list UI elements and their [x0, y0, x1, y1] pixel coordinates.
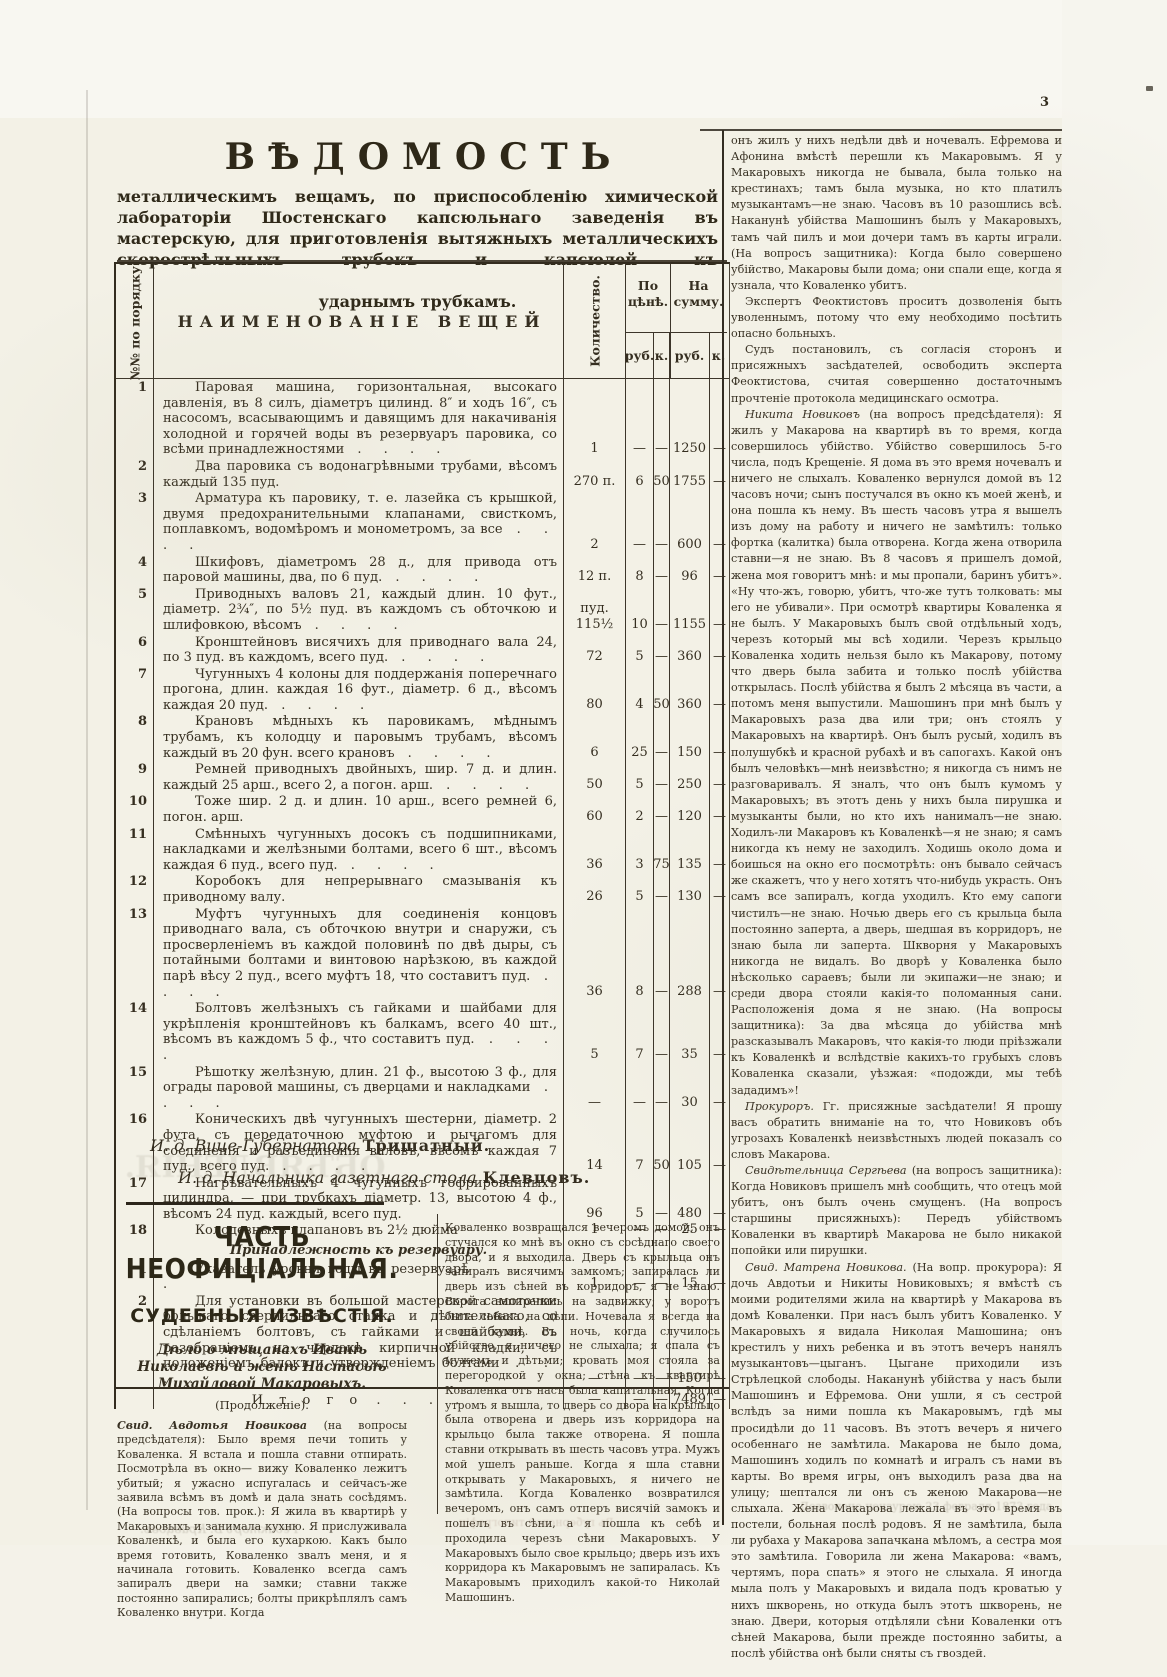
testimony-paragraph: онъ жилъ у нихъ недѣли двѣ и ночевалъ. Е…	[731, 133, 1062, 294]
testimony-paragraph: Судъ постановилъ, съ согласія сторонъ и …	[731, 342, 1062, 406]
sum-kop-cell: —	[710, 1111, 729, 1174]
leader-dots: . . . .	[268, 698, 373, 713]
sum-kop-cell: —	[710, 873, 729, 905]
table-row: 10Тоже шир. 2 д. и длин. 10 арш., всего …	[116, 793, 729, 825]
column-header-number: №№ по порядку.	[116, 264, 154, 378]
sum-kop-cell: —	[710, 1000, 729, 1063]
item-description: Рѣшотку желѣзную, длин. 21 ф., высотою 3…	[163, 1065, 557, 1096]
page-number: 3	[1040, 95, 1049, 110]
row-number-cell: 3	[116, 490, 154, 553]
quantity-cell: 5	[564, 1000, 626, 1063]
signature-name: Клевцовъ.	[483, 1168, 591, 1187]
table-row: 7Чугунныхъ 4 колоны для поддержанія попе…	[116, 666, 729, 714]
testimony-text: (на вопросы предсѣдателя): Было время пе…	[117, 1419, 407, 1619]
testimony-column-2: Коваленко возвращался вечеромъ домой, он…	[445, 1221, 720, 1606]
price-kop-cell: 75	[654, 826, 670, 874]
witness-name: Прокуроръ.	[745, 1100, 823, 1113]
unofficial-part-column: ЧАСТЬ НЕОФИЦІАЛЬНАЯ. СУДЕБНЫЯ ИЗВѢСТІЯ. …	[117, 1220, 407, 1621]
leader-dots: . . . .	[433, 778, 538, 793]
item-description: Тоже шир. 2 д. и длин. 10 арш., всего ре…	[163, 794, 557, 825]
money-subheader: руб.к.руб.к.	[626, 332, 727, 378]
sum-rub-cell: 1755	[670, 458, 710, 490]
sum-rub-cell: 30	[670, 1064, 710, 1112]
sum-kop-cell: —	[710, 906, 729, 1001]
leader-dots: . . . .	[344, 442, 449, 457]
scan-top-margin	[0, 0, 1167, 118]
price-rub-cell: 25	[626, 713, 654, 761]
price-rub-cell: —	[626, 490, 654, 553]
item-description-cell: Кронштейновъ висячихъ для приводнаго вал…	[154, 634, 564, 666]
row-number-cell: 13	[116, 906, 154, 1001]
testimony-paragraph: Прокуроръ. Гг. присяжные засѣдатели! Я п…	[731, 1099, 1062, 1163]
price-sum-separator	[670, 264, 671, 378]
price-kop-cell: —	[654, 379, 670, 458]
item-description-cell: Паровая машина, горизонтальная, высокаго…	[154, 379, 564, 458]
price-kop-cell: 50	[654, 458, 670, 490]
quantity-cell: 80	[564, 666, 626, 714]
price-rub-cell: 6	[626, 458, 654, 490]
price-rub-cell: 5	[626, 873, 654, 905]
sum-kop-cell: —	[710, 554, 729, 586]
row-number-cell: 14	[116, 1000, 154, 1063]
table-row: 8Крановъ мѣдныхъ къ паровикамъ, мѣднымъ …	[116, 713, 729, 761]
table-row: 2Два паровика съ водонагрѣвными трубами,…	[116, 458, 729, 490]
column-header-number-label: №№ по порядку.	[127, 262, 142, 381]
item-description-cell: Муфтъ чугунныхъ для соединенія концовъ п…	[154, 906, 564, 1001]
sum-rub-cell: 250	[670, 761, 710, 793]
quantity-cell: 72	[564, 634, 626, 666]
table-row: 11Смѣнныхъ чугунныхъ досокъ съ подшипник…	[116, 826, 729, 874]
price-rub-cell: 2	[626, 793, 654, 825]
table-row: 15Рѣшотку желѣзную, длин. 21 ф., высотою…	[116, 1064, 729, 1112]
column-divider-lower	[437, 1214, 438, 1514]
sum-rub-cell: 288	[670, 906, 710, 1001]
item-description-cell: Чугунныхъ 4 колоны для поддержанія попер…	[154, 666, 564, 714]
sum-rub-cell: 35	[670, 1000, 710, 1063]
sum-kop-cell: —	[710, 826, 729, 874]
row-number-cell: 15	[116, 1064, 154, 1112]
table-row: 14Болтовъ желѣзныхъ съ гайками и шайбами…	[116, 1000, 729, 1063]
signature-vice-governor: И. д. Вице-ГубернатораТришатный.	[150, 1136, 690, 1155]
sum-kop-cell: —	[710, 634, 729, 666]
sum-kop-cell: —	[710, 666, 729, 714]
item-description: Шкифовъ, діаметромъ 28 д., для привода о…	[163, 555, 557, 586]
table-row: 4Шкифовъ, діаметромъ 28 д., для привода …	[116, 554, 729, 586]
testimony-paragraph: Экспертъ Феоктистовъ проситъ дозволенія …	[731, 294, 1062, 342]
column-divider-main	[722, 130, 724, 1525]
leader-dots: . . . .	[302, 618, 407, 633]
testimony-column-1: Свид. Авдотья Новикова (на вопросы предс…	[117, 1419, 407, 1621]
item-description: Два паровика съ водонагрѣвными трубами, …	[163, 459, 557, 490]
sum-rub-cell: 130	[670, 873, 710, 905]
scan-right-margin	[1062, 0, 1167, 1677]
sum-rub-cell: 600	[670, 490, 710, 553]
quantity-cell: 50	[564, 761, 626, 793]
witness-name: Никита Новиковъ	[745, 408, 869, 421]
price-rub-cell: 8	[626, 906, 654, 1001]
top-rule	[700, 129, 1062, 131]
sum-rub-cell: 1250	[670, 379, 710, 458]
quantity-cell: —	[564, 1064, 626, 1112]
row-number-cell: 17	[116, 1175, 154, 1223]
row-number-cell: 2	[116, 458, 154, 490]
price-rub-cell: 4	[626, 666, 654, 714]
price-rub-cell: 7	[626, 1000, 654, 1063]
sum-rub-cell: 360	[670, 634, 710, 666]
price-kop-cell: —	[654, 1000, 670, 1063]
signature-name: Тришатный.	[363, 1136, 491, 1155]
price-kop-cell: —	[654, 873, 670, 905]
quantity-cell: 6	[564, 713, 626, 761]
witness-name: Свид. Авдотья Новикова	[117, 1419, 307, 1432]
sum-kop-cell: —	[710, 761, 729, 793]
price-kop-cell: —	[654, 634, 670, 666]
row-number-cell: 1	[116, 379, 154, 458]
price-rub-cell: 8	[626, 554, 654, 586]
row-number-cell: 4	[116, 554, 154, 586]
price-rub-cell: 5	[626, 634, 654, 666]
item-description-cell: Смѣнныхъ чугунныхъ досокъ съ подшипникам…	[154, 826, 564, 874]
table-row: 9Ремней приводныхъ двойныхъ, шир. 7 д. и…	[116, 761, 729, 793]
sum-rub-label: руб.	[670, 332, 710, 378]
unofficial-part-heading: ЧАСТЬ НЕОФИЦІАЛЬНАЯ.	[117, 1220, 407, 1285]
quantity-cell: 2	[564, 490, 626, 553]
signature-gazette-chief: И. д. Начальника газетнаго столаКлевцовъ…	[178, 1168, 690, 1187]
table-header: №№ по порядку. НАИМЕНОВАНІЕ ВЕЩЕЙ Количе…	[116, 264, 729, 379]
column-header-price: По цѣнѣ.	[626, 278, 670, 310]
sum-kop-cell: —	[710, 458, 729, 490]
column-header-money: По цѣнѣ. На сумму. руб.к.руб.к.	[626, 264, 727, 378]
table-row: 1Паровая машина, горизонтальная, высокаг…	[116, 379, 729, 458]
price-kop-label: к.	[654, 332, 670, 378]
sum-kop-cell: —	[710, 490, 729, 553]
row-number-cell: 12	[116, 873, 154, 905]
leader-dots: . . . .	[394, 746, 499, 761]
price-kop-cell: —	[654, 1064, 670, 1112]
column-header-quantity-label: Количество.	[587, 275, 602, 367]
section-divider-rule	[126, 1202, 384, 1205]
price-rub-label: руб.	[626, 332, 654, 378]
price-kop-cell: —	[654, 554, 670, 586]
quantity-cell: 36	[564, 826, 626, 874]
item-description: Коробокъ для непрерывнаго смазыванія къ …	[163, 874, 557, 905]
witness-name: Свидѣтельница Сергѣева	[745, 1164, 912, 1177]
item-description-cell: Ремней приводныхъ двойныхъ, шир. 7 д. и …	[154, 761, 564, 793]
continuation-note: (Продолженіе).	[117, 1398, 407, 1412]
sum-kop-cell: —	[710, 586, 729, 634]
leader-dots: . . . .	[338, 858, 443, 873]
price-kop-cell: —	[654, 713, 670, 761]
sum-kop-cell: —	[710, 379, 729, 458]
court-news-heading: СУДЕБНЫЯ ИЗВѢСТІЯ.	[117, 1305, 407, 1327]
column-header-name: НАИМЕНОВАНІЕ ВЕЩЕЙ	[154, 264, 564, 378]
sum-kop-cell: —	[710, 713, 729, 761]
item-description-cell: Шкифовъ, діаметромъ 28 д., для привода о…	[154, 554, 564, 586]
item-description: Муфтъ чугунныхъ для соединенія концовъ п…	[163, 907, 557, 984]
column-header-quantity: Количество.	[564, 264, 626, 378]
testimony-paragraph: Свидѣтельница Сергѣева (на вопросъ защит…	[731, 1163, 1062, 1260]
quantity-cell: 26	[564, 873, 626, 905]
testimony-paragraph: Никита Новиковъ (на вопросъ предсѣдателя…	[731, 407, 1062, 1099]
row-number-cell: 10	[116, 793, 154, 825]
witness-name: Свид. Матрена Новикова.	[745, 1261, 913, 1274]
sum-kop-cell: —	[710, 1175, 729, 1223]
price-kop-cell: —	[654, 761, 670, 793]
price-kop-cell: —	[654, 906, 670, 1001]
price-rub-cell: —	[626, 1064, 654, 1112]
item-description-cell: Болтовъ желѣзныхъ съ гайками и шайбами д…	[154, 1000, 564, 1063]
price-kop-cell: —	[654, 490, 670, 553]
table-row: 5Приводныхъ валовъ 21, каждый длин. 10 ф…	[116, 586, 729, 634]
sum-kop-label: к.	[710, 332, 727, 378]
price-rub-cell: 3	[626, 826, 654, 874]
price-kop-cell: —	[654, 586, 670, 634]
item-description-cell: Рѣшотку желѣзную, длин. 21 ф., высотою 3…	[154, 1064, 564, 1112]
signatures-block: И. д. Вице-ГубернатораТришатный. И. д. Н…	[150, 1136, 690, 1200]
item-description: Кронштейновъ висячихъ для приводнаго вал…	[163, 635, 557, 666]
item-description-cell: Крановъ мѣдныхъ къ паровикамъ, мѣднымъ т…	[154, 713, 564, 761]
quantity-cell: 60	[564, 793, 626, 825]
sum-rub-cell: 360	[670, 666, 710, 714]
table-row: 13Муфтъ чугунныхъ для соединенія концовъ…	[116, 906, 729, 1001]
item-description-cell: Коробокъ для непрерывнаго смазыванія къ …	[154, 873, 564, 905]
leader-dots: . . . .	[388, 650, 493, 665]
price-rub-cell: —	[626, 379, 654, 458]
row-number-cell: 8	[116, 713, 154, 761]
row-number-cell: 16	[116, 1111, 154, 1174]
page-title: ВѢДОМОСТЬ	[117, 136, 718, 178]
table-row: 6Кронштейновъ висячихъ для приводнаго ва…	[116, 634, 729, 666]
row-number-cell: 6	[116, 634, 154, 666]
sum-rub-cell: 96	[670, 554, 710, 586]
sum-rub-cell: 1155	[670, 586, 710, 634]
sum-rub-cell: 120	[670, 793, 710, 825]
signature-title: И. д. Вице-Губернатора	[150, 1136, 357, 1155]
price-kop-cell: —	[654, 793, 670, 825]
row-number-cell: 5	[116, 586, 154, 634]
column-header-sum: На сумму.	[670, 278, 727, 310]
price-rub-cell: 5	[626, 761, 654, 793]
testimony-paragraph: Свид. Матрена Новикова. (На вопр. прокур…	[731, 1260, 1062, 1662]
quantity-cell: 36	[564, 906, 626, 1001]
item-description: Арматура къ паровику, т. е. лазейка съ к…	[163, 491, 557, 537]
table-row: 3Арматура къ паровику, т. е. лазейка съ …	[116, 490, 729, 553]
ink-speck	[1146, 86, 1153, 91]
sum-kop-cell: —	[710, 1064, 729, 1112]
case-title: Дѣло о мѣщанахъ Иванѣ Николаевѣ и женѣ Н…	[117, 1342, 407, 1393]
item-description-cell: Арматура къ паровику, т. е. лазейка съ к…	[154, 490, 564, 553]
item-description-cell: Два паровика съ водонагрѣвными трубами, …	[154, 458, 564, 490]
testimony-text: Коваленко возвращался вечеромъ домой, он…	[445, 1221, 720, 1606]
page-fold-edge	[86, 90, 88, 1510]
sum-rub-cell: 135	[670, 826, 710, 874]
item-description-cell: Тоже шир. 2 д. и длин. 10 арш., всего ре…	[154, 793, 564, 825]
price-rub-cell: 10	[626, 586, 654, 634]
court-news-right-column: онъ жилъ у нихъ недѣли двѣ и ночевалъ. Е…	[731, 133, 1062, 1662]
leader-dots: . . . .	[382, 570, 487, 585]
quantity-cell: пуд. 115½	[564, 586, 626, 634]
signature-title: И. д. Начальника газетнаго стола	[178, 1168, 477, 1187]
sum-kop-cell: —	[710, 793, 729, 825]
price-kop-cell: 50	[654, 666, 670, 714]
row-number-cell: 9	[116, 761, 154, 793]
row-number-cell: 7	[116, 666, 154, 714]
quantity-cell: 270 п.	[564, 458, 626, 490]
quantity-cell: 12 п.	[564, 554, 626, 586]
row-number-cell: 11	[116, 826, 154, 874]
item-description-cell: Приводныхъ валовъ 21, каждый длин. 10 фу…	[154, 586, 564, 634]
quantity-cell: 1	[564, 379, 626, 458]
table-row: 12Коробокъ для непрерывнаго смазыванія к…	[116, 873, 729, 905]
sum-rub-cell: 150	[670, 713, 710, 761]
